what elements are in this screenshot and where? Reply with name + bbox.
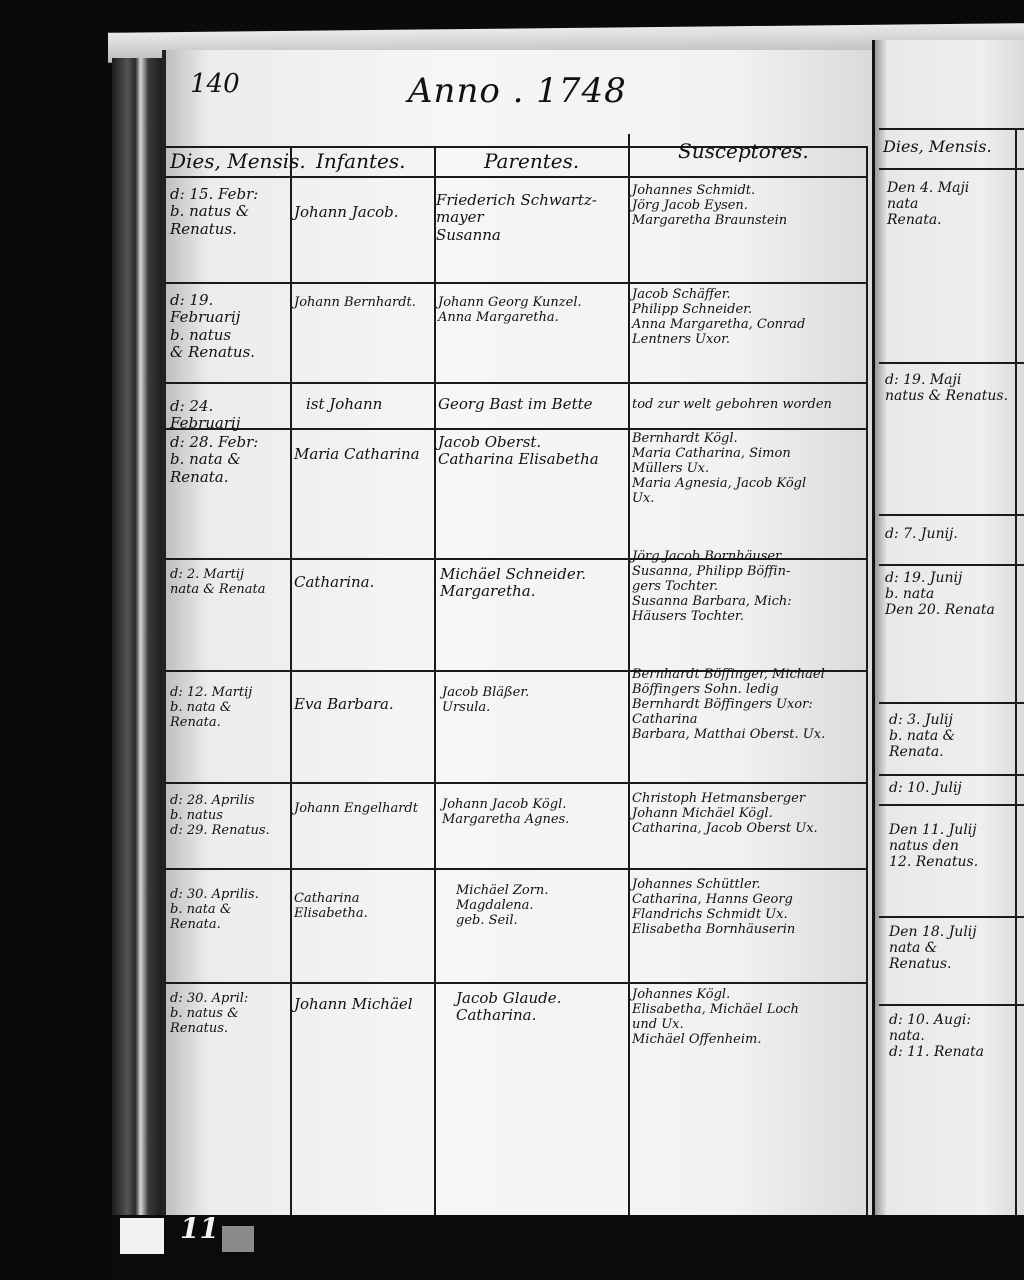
entry-8-dies: d: 30. Aprilis. b. nata & Renata.: [170, 888, 288, 933]
col-divider-3: [628, 134, 630, 1216]
entry-9-parentes: Jacob Glaude. Catharina.: [456, 990, 626, 1025]
entry-6-parentes: Jacob Bläßer. Ursula.: [442, 686, 626, 716]
entry-7-susceptores: Christoph Hetmansberger Johann Michäel K…: [632, 792, 864, 837]
rp-entry-2: d: 19. Maji natus & Renatus.: [885, 372, 1008, 404]
entry-8-parentes: Michäel Zorn. Magdalena. geb. Seil.: [456, 884, 626, 929]
rule-row-1: [166, 282, 866, 284]
entry-9-infantes: Johann Michäel: [294, 996, 432, 1013]
rp-rule-8: [879, 1004, 1024, 1006]
entry-1-infantes: Johann Jacob.: [294, 204, 432, 221]
entry-5-parentes: Michäel Schneider. Margaretha.: [440, 566, 626, 601]
entry-6-susceptores: Bernhardt Böffinger, Michael Böffingers …: [632, 668, 864, 743]
header-parentes: Parentes.: [484, 150, 579, 173]
left-page: 140 Anno . 1748 Dies, Mensis. Infantes. …: [162, 50, 874, 1220]
rp-header-dies-mensis: Dies, Mensis.: [883, 138, 992, 156]
entry-1-susceptores: Johannes Schmidt. Jörg Jacob Eysen. Marg…: [632, 184, 864, 229]
entry-4-dies: d: 28. Febr: b. nata & Renata.: [170, 434, 288, 486]
entry-2-parentes: Johann Georg Kunzel. Anna Margaretha.: [438, 296, 626, 326]
rp-entry-8: Den 18. Julij nata & Renatus.: [889, 924, 977, 972]
header-infantes: Infantes.: [316, 150, 405, 173]
entry-2-infantes: Johann Bernhardt.: [294, 296, 432, 311]
entry-4-infantes: Maria Catharina: [294, 446, 432, 463]
rp-rule-1: [879, 362, 1024, 364]
scanned-register-image: 140 Anno . 1748 Dies, Mensis. Infantes. …: [0, 0, 1024, 1280]
rp-rule-3: [879, 564, 1024, 566]
rp-rule-7: [879, 916, 1024, 918]
bottom-folio-mark: 11: [180, 1212, 219, 1245]
entry-5-infantes: Catharina.: [294, 574, 432, 591]
rule-header-bottom: [166, 176, 866, 178]
rp-rule-header-top: [879, 128, 1024, 130]
entry-1-parentes: Friederich Schwartz- mayer Susanna: [436, 192, 626, 244]
entry-3-parentes: Georg Bast im Bette: [438, 396, 628, 413]
entry-7-parentes: Johann Jacob Kögl. Margaretha Agnes.: [442, 798, 626, 828]
entry-7-infantes: Johann Engelhardt: [294, 802, 432, 817]
rp-rule-2: [879, 514, 1024, 516]
rule-row-7: [166, 868, 866, 870]
page-heading: Anno . 1748: [408, 72, 627, 111]
entry-7-dies: d: 28. Aprilis b. natus d: 29. Renatus.: [170, 794, 288, 839]
header-dies-mensis: Dies, Mensis.: [170, 150, 306, 173]
entry-6-dies: d: 12. Martij b. nata & Renata.: [170, 686, 288, 731]
entry-5-susceptores: Jörg Jacob Bornhäuser Susanna, Philipp B…: [632, 550, 864, 625]
rp-entry-6: d: 10. Julij: [889, 780, 962, 796]
rule-row-8: [166, 982, 866, 984]
entry-6-infantes: Eva Barbara.: [294, 696, 432, 713]
header-susceptores: Susceptores.: [678, 140, 809, 163]
rp-entry-1: Den 4. Maji nata Renata.: [887, 180, 969, 228]
entry-5-dies: d: 2. Martij nata & Renata: [170, 568, 290, 598]
rp-entry-7: Den 11. Julij natus den 12. Renatus.: [889, 822, 978, 870]
entry-1-dies: d: 15. Febr: b. natus & Renatus.: [170, 186, 288, 238]
entry-2-susceptores: Jacob Schäffer. Philipp Schneider. Anna …: [632, 288, 864, 348]
entry-8-infantes: Catharina Elisabetha.: [294, 892, 432, 922]
col-divider-4: [866, 146, 868, 1216]
rp-entry-4: d: 19. Junij b. nata Den 20. Renata: [885, 570, 995, 618]
entry-2-dies: d: 19. Februarij b. natus & Renatus.: [170, 292, 288, 361]
rp-entry-9: d: 10. Augi: nata. d: 11. Renata: [889, 1012, 984, 1060]
entry-4-susceptores: Bernhardt Kögl. Maria Catharina, Simon M…: [632, 432, 864, 507]
entry-4-parentes: Jacob Oberst. Catharina Elisabetha: [438, 434, 626, 469]
right-page: Dies, Mensis. Den 4. Maji nata Renata. d…: [872, 40, 1024, 1220]
rule-row-2: [166, 382, 866, 384]
book-binding: [112, 58, 164, 1218]
rp-rule-4: [879, 702, 1024, 704]
entry-3-infantes: ist Johann: [306, 396, 432, 413]
folio-number: 140: [190, 70, 240, 100]
rp-rule-5: [879, 774, 1024, 776]
entry-3-dies: d: 24. Februarij: [170, 398, 288, 433]
entry-9-susceptores: Johannes Kögl. Elisabetha, Michäel Loch …: [632, 988, 864, 1048]
entry-3-susceptores: tod zur welt gebohren worden: [632, 398, 864, 413]
rp-entry-3: d: 7. Junij.: [885, 526, 958, 542]
white-tab-right: [222, 1226, 254, 1252]
white-tab-left: [120, 1218, 164, 1254]
col-divider-2: [434, 146, 436, 1216]
rp-col-divider: [1015, 128, 1017, 1218]
entry-9-dies: d: 30. April: b. natus & Renatus.: [170, 992, 288, 1037]
entry-8-susceptores: Johannes Schüttler. Catharina, Hanns Geo…: [632, 878, 864, 938]
rp-rule-6: [879, 804, 1024, 806]
rp-rule-header-bottom: [879, 168, 1024, 170]
rp-entry-5: d: 3. Julij b. nata & Renata.: [889, 712, 955, 760]
rule-row-6: [166, 782, 866, 784]
col-divider-1: [290, 146, 292, 1216]
